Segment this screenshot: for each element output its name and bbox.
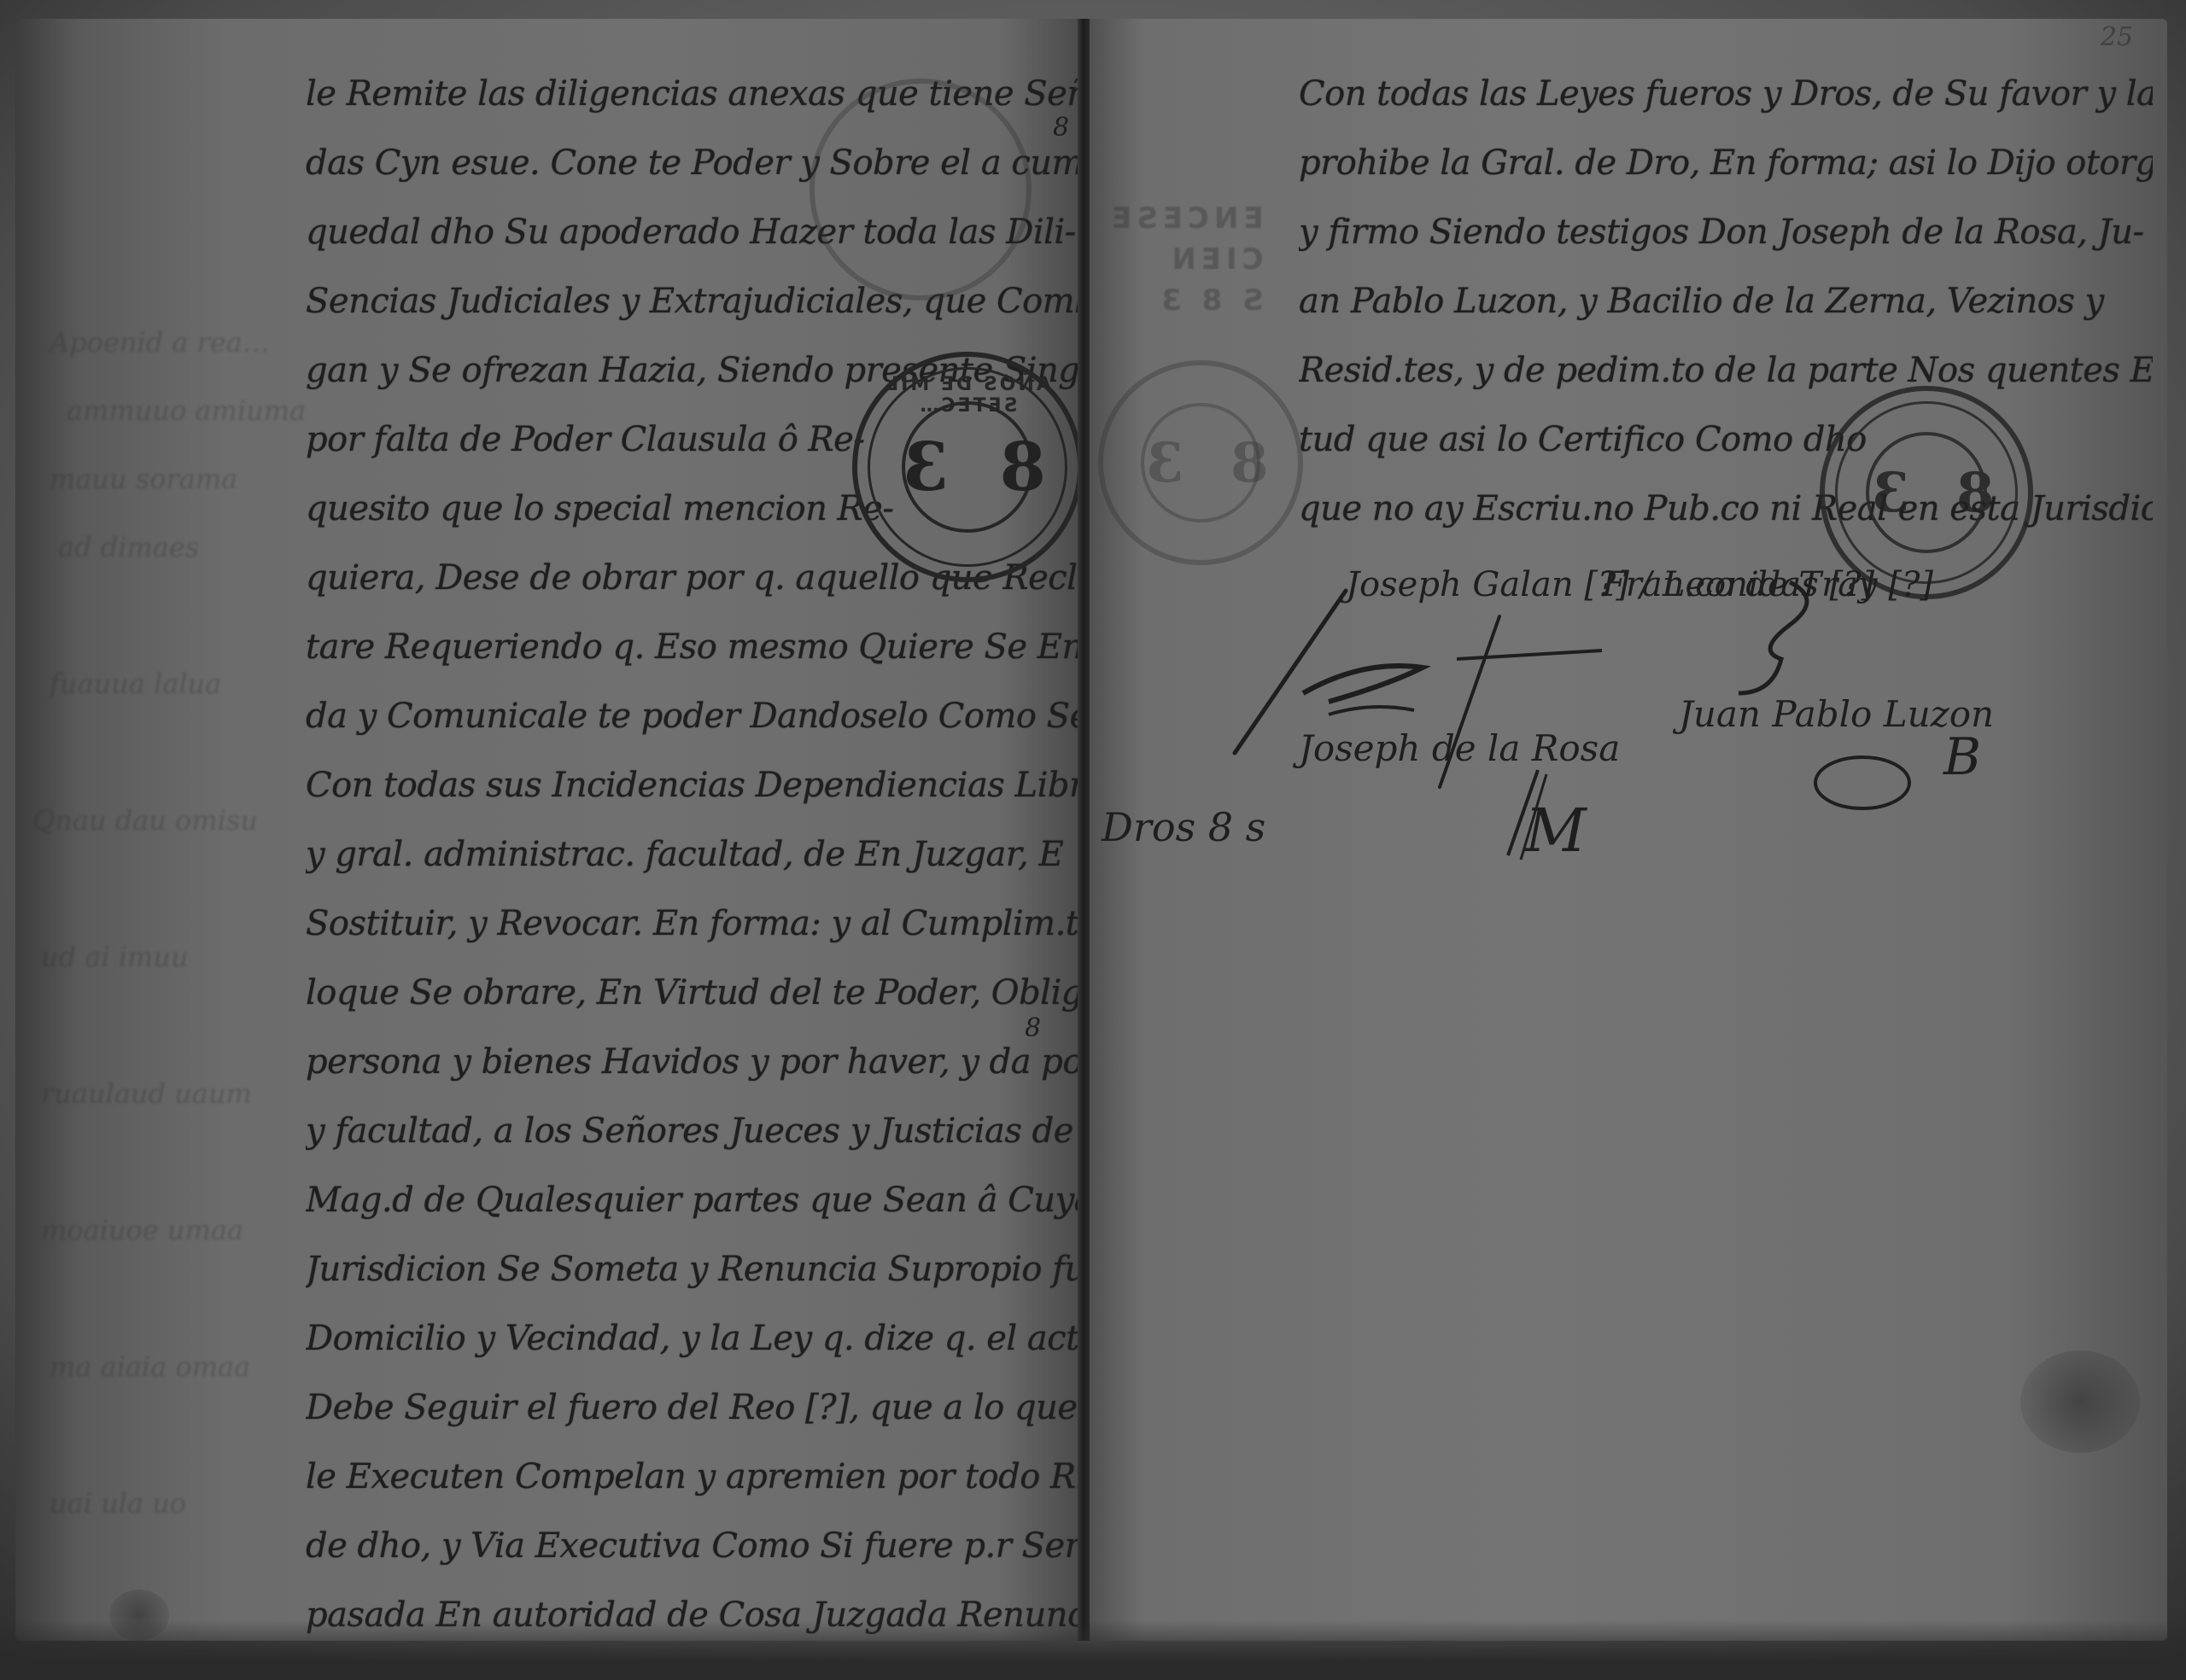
manuscript-line: da y Comunicale te poder Dandoselo Como … [306,682,1083,751]
bleed-through-text: ammuuo amiuma [67,394,306,427]
bleed-through-text: fuauua lalua [50,668,221,700]
manuscript-line: y facultad, a los Señores Jueces y Justi… [306,1097,1083,1166]
manuscript-line: Sostituir, y Revocar. En forma: y al Cum… [306,890,1083,959]
manuscript-line: Con todas sus Incidencias Dependiencias … [306,751,1083,820]
left-page: Apoenid a rea… ammuuo amiuma mauu sorama… [15,19,1083,1641]
manuscript-line: Con todas las Leyes fueros y Dros, de Su… [1299,60,2153,129]
manuscript-line: y gral. administrac. facultad, de En Juz… [306,820,1083,890]
manuscript-line: prohibe la Gral. de Dro, En forma; asi l… [1299,129,2153,198]
ghost-seal [810,79,1032,300]
manuscript-line: Mag.d de Qualesquier partes que Sean â C… [306,1166,1083,1235]
bleed-through-text: mauu sorama [50,463,237,495]
bleed-through-text: ad dimaes [58,531,199,563]
signature-flourish-icon [1226,565,1926,872]
manuscript-line: de dho, y Via Executiva Como Si fuere p.… [306,1512,1083,1581]
ghost-stamp-text: ENCESE CIEN S 8 3 [1107,198,1264,321]
manuscript-line: Domicilio y Vecindad, y la Ley q. dize q… [306,1304,1083,1374]
seal-arc-text: AÑOS DE MIL SETEC… [852,374,1083,417]
manuscript-line: Debe Seguir el fuero del Reo [?], que a … [306,1374,1083,1443]
manuscript-line: loque Se obrare, En Virtud del te Poder,… [306,959,1083,1028]
bleed-through-text: Qnau dau omisu [32,804,258,837]
bleed-through-text: moaiuoe umaa [41,1214,243,1246]
left-page-text: le Remite las diligencias anexas que tie… [306,60,1083,1641]
bleed-through-text: uai ula uo [50,1487,186,1520]
seal-center-text: 8 3 [1858,461,1994,525]
manuscript-line: Resid.tes, y de pedim.to de la parte Nos… [1299,336,2153,405]
bleed-through-text: ma aiaia omaa [50,1350,250,1383]
folio-number: 25 [2101,22,2133,52]
bleed-through-text: Apoenid a rea… [50,326,270,359]
manuscript-line: Jurisdicion Se Someta y Renuncia Supropi… [306,1235,1083,1304]
manuscript-line: le Executen Compelan y apremien por todo… [306,1443,1083,1512]
manuscript-line: an Pablo Luzon, y Bacilio de la Zerna, V… [1299,267,2153,336]
bleed-through-text: ud ai imuu [41,941,189,973]
manuscript-line: persona y bienes Havidos y por haver, y … [306,1028,1083,1097]
manuscript-line: tare Requeriendo q. Eso mesmo Quiere Se … [306,613,1083,682]
scan-edge-shadow [0,1620,2186,1680]
manuscript-line: y firmo Siendo testigos Don Joseph de la… [1299,198,2153,267]
bleed-through-text: ruaulaud uaum [41,1077,252,1110]
ghost-seal: 8 3 [1098,360,1303,565]
right-page: 25 ENCESE CIEN S 8 3 8 3 Con todas las L… [1090,19,2167,1641]
stain [2020,1350,2140,1453]
book-gutter [1078,19,1090,1641]
seal-center-text: 8 3 [1132,431,1268,495]
margin-note: 8 [1053,113,1069,143]
seal-center-text: 8 3 [889,429,1046,506]
monogram-rubric: B [1943,727,1981,787]
margin-note: 8 [1025,1013,1041,1043]
notary-seal: AÑOS DE MIL SETEC… 8 3 [852,352,1083,582]
